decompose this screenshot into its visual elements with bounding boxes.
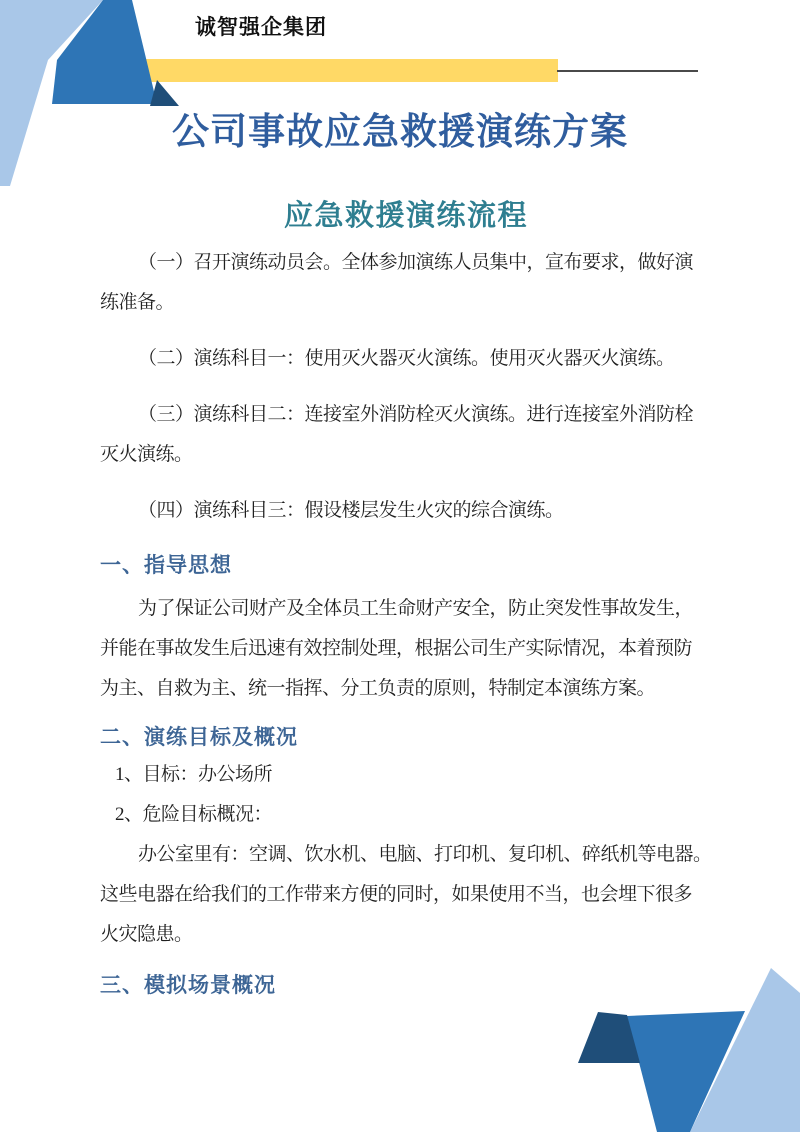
gray-accent-line <box>557 70 698 72</box>
section-heading-2: 二、演练目标及概况 <box>100 719 712 755</box>
section-heading-1: 一、指导思想 <box>100 547 712 583</box>
document-body: 应急救援演练流程 （一）召开演练动员会。全体参加演练人员集中，宣布要求，做好演 … <box>100 196 712 1009</box>
list-item-1: 1、目标：办公场所 <box>100 755 712 795</box>
intro-paragraph-3: （三）演练科目二：连接室外消防栓灭火演练。进行连接室外消防栓 灭火演练。 <box>100 395 712 475</box>
intro-paragraph-4: （四）演练科目三：假设楼层发生火灾的综合演练。 <box>100 491 712 531</box>
triangle-dark-blue-bottom-right <box>578 1012 640 1063</box>
intro-paragraph-1: （一）召开演练动员会。全体参加演练人员集中，宣布要求，做好演 练准备。 <box>100 243 712 323</box>
company-name: 诚智强企集团 <box>195 14 327 42</box>
section-2-paragraph: 办公室里有：空调、饮水机、电脑、打印机、复印机、碎纸机等电器。 这些电器在给我们… <box>100 835 712 955</box>
corner-decoration-top-left <box>0 0 200 200</box>
triangle-light-blue-top-left <box>0 0 103 186</box>
yellow-accent-bar <box>140 59 558 82</box>
list-item-2: 2、危险目标概况： <box>100 795 712 835</box>
section-subtitle: 应急救援演练流程 <box>100 196 712 236</box>
section-heading-3: 三、模拟场景概况 <box>100 967 712 1003</box>
section-1-paragraph: 为了保证公司财产及全体员工生命财产安全，防止突发性事故发生， 并能在事故发生后迅… <box>100 589 712 709</box>
triangle-dark-blue-top-left <box>150 80 179 106</box>
document-page: 诚智强企集团 公司事故应急救援演练方案 应急救援演练流程 （一）召开演练动员会。… <box>0 0 800 1132</box>
triangle-mid-blue-top-left <box>52 0 157 104</box>
intro-paragraph-2: （二）演练科目一：使用灭火器灭火演练。使用灭火器灭火演练。 <box>100 339 712 379</box>
triangle-mid-blue-bottom-right <box>627 1011 745 1132</box>
document-title: 公司事故应急救援演练方案 <box>0 108 800 156</box>
